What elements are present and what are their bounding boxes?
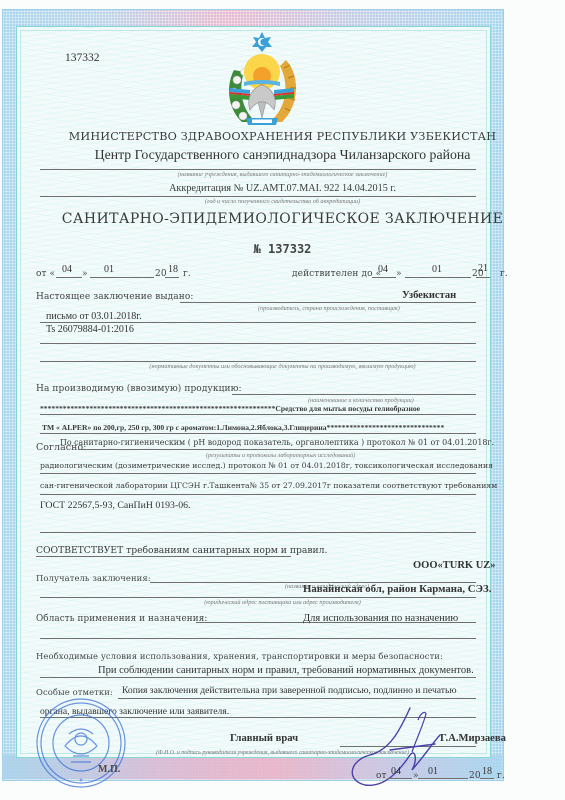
issued-to-label: Настоящее заключение выдано: — [36, 292, 194, 302]
recipient-address: Навайнская обл, район Кармана, СЭЗ. — [303, 583, 491, 595]
issued-to-letter: письмо от 03.01.2018г. — [46, 311, 142, 322]
document-number: № 137332 — [0, 242, 565, 256]
valid-month: 01 — [432, 264, 442, 275]
issued-to-spec: Ts 26079884-01:2016 — [46, 324, 134, 335]
signature-date-year: 18 — [482, 766, 492, 777]
recipient-address-caption: (юридический адрес поставщика или адрес … — [0, 599, 565, 606]
agreement-line-1: По санитарно-гигиеническим ( pH водород … — [60, 438, 494, 447]
scope-value: Для использования по назначению — [303, 613, 458, 624]
official-stamp-icon — [35, 694, 127, 792]
conformity-statement: СООТВЕТСТВУЕТ требованиям санитарных нор… — [36, 545, 327, 556]
signature-date-month: 01 — [428, 766, 438, 777]
recipient-label: Получатель заключения: — [36, 573, 151, 583]
product-caption: (наименование и количество продукции) — [308, 397, 414, 404]
agreement-line-4: ГОСТ 22567,5-93, СанПиН 0193-06. — [40, 500, 190, 511]
product-label: На производимую (ввозимую) продукцию: — [36, 384, 242, 394]
valid-day: 04 — [378, 264, 388, 275]
product-line-1: ****************************************… — [40, 404, 420, 413]
agreement-caption: (результаты и протоколы лабораторных исс… — [206, 452, 355, 459]
document-title: САНИТАРНО-ЭПИДЕМИОЛОГИЧЕСКОЕ ЗАКЛЮЧЕНИЕ — [0, 211, 565, 227]
scope-label: Область применения и назначения: — [36, 614, 207, 624]
issued-year: 18 — [168, 264, 178, 275]
accreditation-caption: (год и число полученного свидетельства о… — [0, 198, 565, 205]
institution-caption: (название учреждения, выдавшего санитарн… — [0, 171, 565, 178]
signature-caption: (Ф.И.О. и подпись руководителя учреждени… — [0, 750, 565, 756]
stamp-label: М.П. — [98, 764, 120, 775]
issued-to-country: Узбекистан — [402, 290, 456, 301]
signature-date-day: 04 — [391, 766, 401, 777]
valid-until-label: действителен до « — [292, 269, 381, 279]
accreditation-underline — [40, 196, 476, 197]
issued-to-caption: (производитель, страна происхождения, по… — [258, 305, 400, 312]
institution-name: Центр Государственного санэпиднадзора Чи… — [0, 147, 565, 163]
agreement-line-2: радиологическим (дозиметрические исслед.… — [40, 461, 493, 470]
state-emblem-icon — [212, 30, 312, 132]
serial-number: 137332 — [65, 52, 100, 64]
product-line-2: ТМ « ALPER» по 200,гр, 250 гр, 300 гр с … — [42, 423, 444, 432]
conditions-label: Необходимые условия использования, хране… — [36, 651, 443, 661]
issued-day: 04 — [62, 264, 72, 275]
recipient-name: ООО«TURK UZ» — [413, 560, 496, 571]
issued-month: 01 — [104, 264, 114, 275]
valid-year: 21 — [478, 263, 488, 274]
institution-underline — [40, 169, 476, 170]
signer-position: Главный врач — [230, 733, 298, 744]
notes-line-1: Копия заключения действительна при завер… — [122, 685, 457, 696]
signature-date-prefix: от — [376, 771, 387, 781]
conditions-value: При соблюдении санитарных норм и правил,… — [98, 665, 474, 676]
ministry-name: МИНИСТЕРСТВО ЗДРАВООХРАНЕНИЯ РЕСПУБЛИКИ … — [0, 130, 565, 143]
issued-date-prefix: от « — [36, 269, 55, 279]
accreditation-text: Аккредитация № UZ.AMT.07.MAI. 922 14.04.… — [0, 183, 565, 194]
agreement-line-3: сан-гигенической лаборатории ЦГСЭН г.Таш… — [40, 481, 497, 490]
docs-caption: (нормативные документы или обосновывающи… — [0, 363, 565, 370]
